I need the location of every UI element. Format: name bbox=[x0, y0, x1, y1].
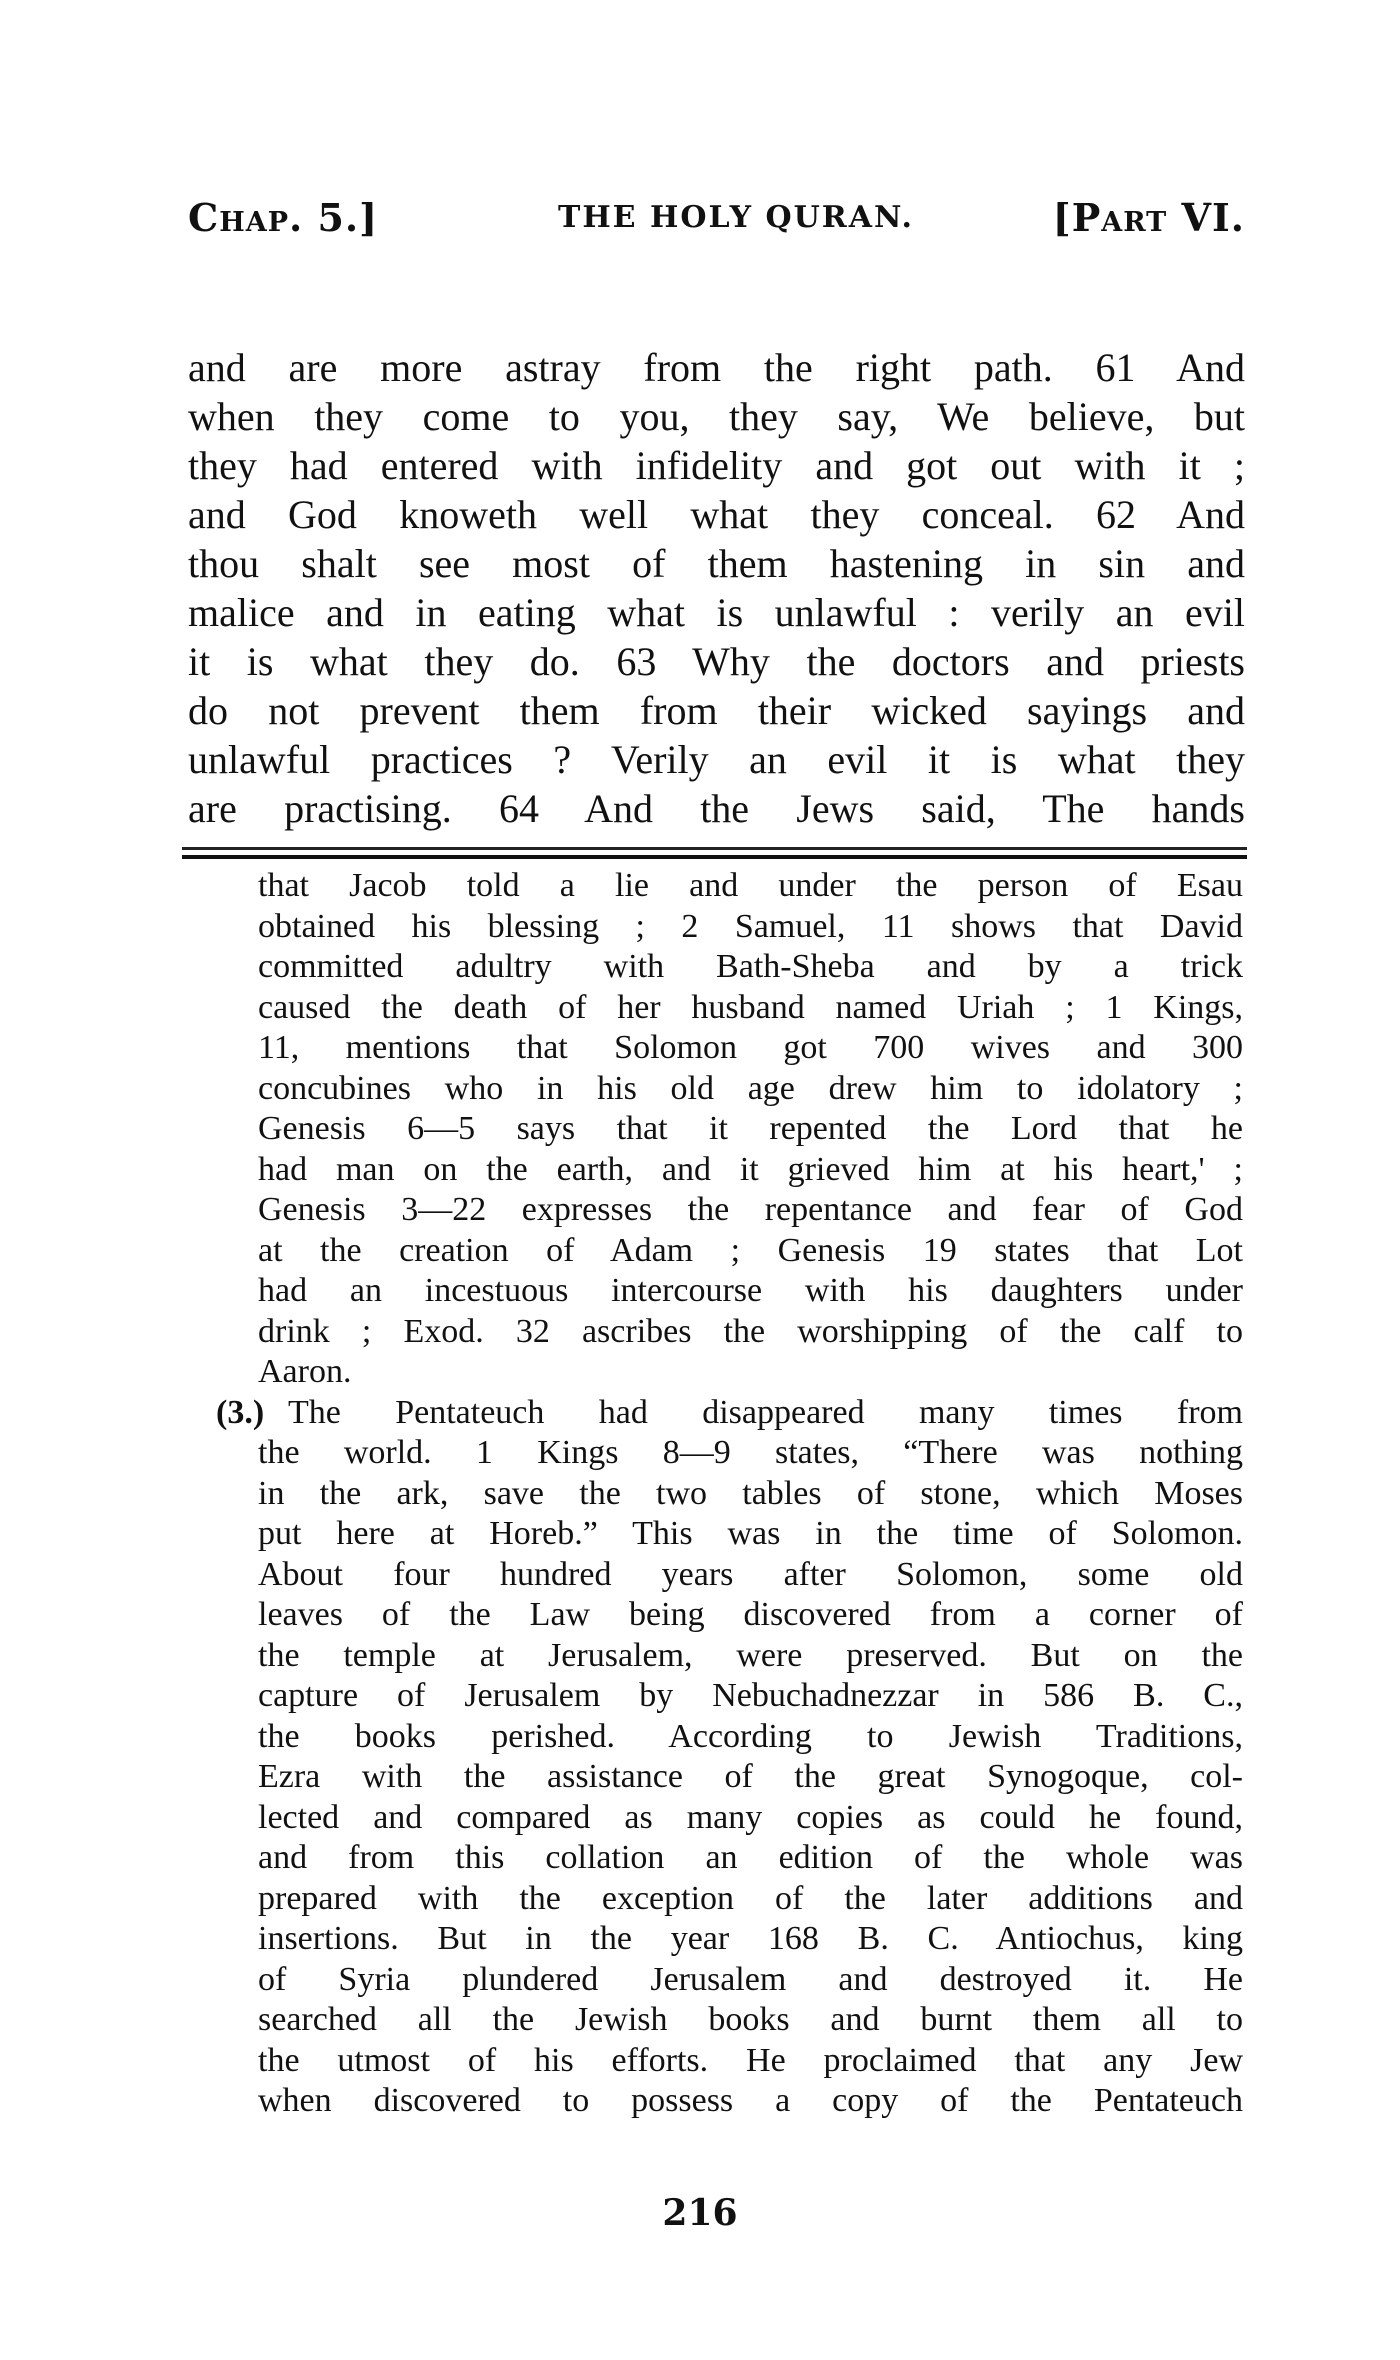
footnote-line: had an incestuous intercourse with his d… bbox=[258, 1271, 1243, 1312]
footnote-line: committed adultry with Bath-Sheba and by… bbox=[258, 947, 1243, 988]
text-line: thou shalt see most of them hastening in… bbox=[188, 539, 1245, 588]
text-line: unlawful practices ? Verily an evil it i… bbox=[188, 735, 1245, 784]
footnote-line: the books perished. According to Jewish … bbox=[258, 1717, 1243, 1758]
footnote-3-text: The Pentateuch had disappeared many time… bbox=[258, 1393, 1243, 1434]
footnote-line: concubines who in his old age drew him t… bbox=[258, 1069, 1243, 1110]
footnote-line: the temple at Jerusalem, were preserved.… bbox=[258, 1636, 1243, 1677]
footnote-line: drink ; Exod. 32 ascribes the worshippin… bbox=[258, 1312, 1243, 1353]
page-number: 216 bbox=[0, 2192, 1400, 2234]
text-line: it is what they do. 63 Why the doctors a… bbox=[188, 637, 1245, 686]
text-line: do not prevent them from their wicked sa… bbox=[188, 686, 1245, 735]
running-header: Chap. 5.] THE HOLY QURAN. [Part VI. bbox=[188, 188, 1245, 248]
footnote-line: had man on the earth, and it grieved him… bbox=[258, 1150, 1243, 1191]
chapter-label: Chap. 5.] bbox=[188, 188, 378, 248]
footnote-line: caused the death of her husband named Ur… bbox=[258, 988, 1243, 1029]
footnote-line: lected and compared as many copies as co… bbox=[258, 1798, 1243, 1839]
divider-line-bottom bbox=[182, 855, 1247, 859]
footnote-line: that Jacob told a lie and under the pers… bbox=[258, 866, 1243, 907]
text-line: and God knoweth well what they conceal. … bbox=[188, 490, 1245, 539]
footnote-line: put here at Horeb.” This was in the time… bbox=[258, 1514, 1243, 1555]
footnote-line: prepared with the exception of the later… bbox=[258, 1879, 1243, 1920]
footnote-divider bbox=[182, 847, 1247, 860]
footnote-line: Genesis 6—5 says that it repented the Lo… bbox=[258, 1109, 1243, 1150]
footnote-line: About four hundred years after Solomon, … bbox=[258, 1555, 1243, 1596]
main-text: and are more astray from the right path.… bbox=[188, 343, 1245, 833]
part-label: [Part VI. bbox=[1053, 188, 1245, 248]
book-title: THE HOLY QURAN. bbox=[558, 188, 914, 248]
footnote-line: searched all the Jewish books and burnt … bbox=[258, 2000, 1243, 2041]
footnote-line: 11, mentions that Solomon got 700 wives … bbox=[258, 1028, 1243, 1069]
text-line: they had entered with infidelity and got… bbox=[188, 441, 1245, 490]
footnotes: that Jacob told a lie and under the pers… bbox=[258, 866, 1243, 2122]
text-line: and are more astray from the right path.… bbox=[188, 343, 1245, 392]
text-line: malice and in eating what is unlawful : … bbox=[188, 588, 1245, 637]
footnote-line: when discovered to possess a copy of the… bbox=[258, 2081, 1243, 2122]
footnote-line: Genesis 3—22 expresses the repentance an… bbox=[258, 1190, 1243, 1231]
footnote-line: Aaron. bbox=[258, 1352, 1243, 1393]
footnote-line: capture of Jerusalem by Nebuchadnezzar i… bbox=[258, 1676, 1243, 1717]
text-line: when they come to you, they say, We beli… bbox=[188, 392, 1245, 441]
footnote-3-label: (3.) bbox=[216, 1393, 264, 1434]
footnote-line: and from this collation an edition of th… bbox=[258, 1838, 1243, 1879]
footnote-line: the world. 1 Kings 8—9 states, “There wa… bbox=[258, 1433, 1243, 1474]
footnote-line: of Syria plundered Jerusalem and destroy… bbox=[258, 1960, 1243, 2001]
footnote-3-first-line: (3.) The Pentateuch had disappeared many… bbox=[258, 1393, 1243, 1434]
footnote-line: in the ark, save the two tables of stone… bbox=[258, 1474, 1243, 1515]
footnote-line: obtained his blessing ; 2 Samuel, 11 sho… bbox=[258, 907, 1243, 948]
footnote-line: at the creation of Adam ; Genesis 19 sta… bbox=[258, 1231, 1243, 1272]
divider-line-top bbox=[182, 847, 1247, 850]
footnote-line: the utmost of his efforts. He proclaimed… bbox=[258, 2041, 1243, 2082]
footnote-line: insertions. But in the year 168 B. C. An… bbox=[258, 1919, 1243, 1960]
text-line: are practising. 64 And the Jews said, Th… bbox=[188, 784, 1245, 833]
footnote-line: leaves of the Law being discovered from … bbox=[258, 1595, 1243, 1636]
footnote-line: Ezra with the assistance of the great Sy… bbox=[258, 1757, 1243, 1798]
